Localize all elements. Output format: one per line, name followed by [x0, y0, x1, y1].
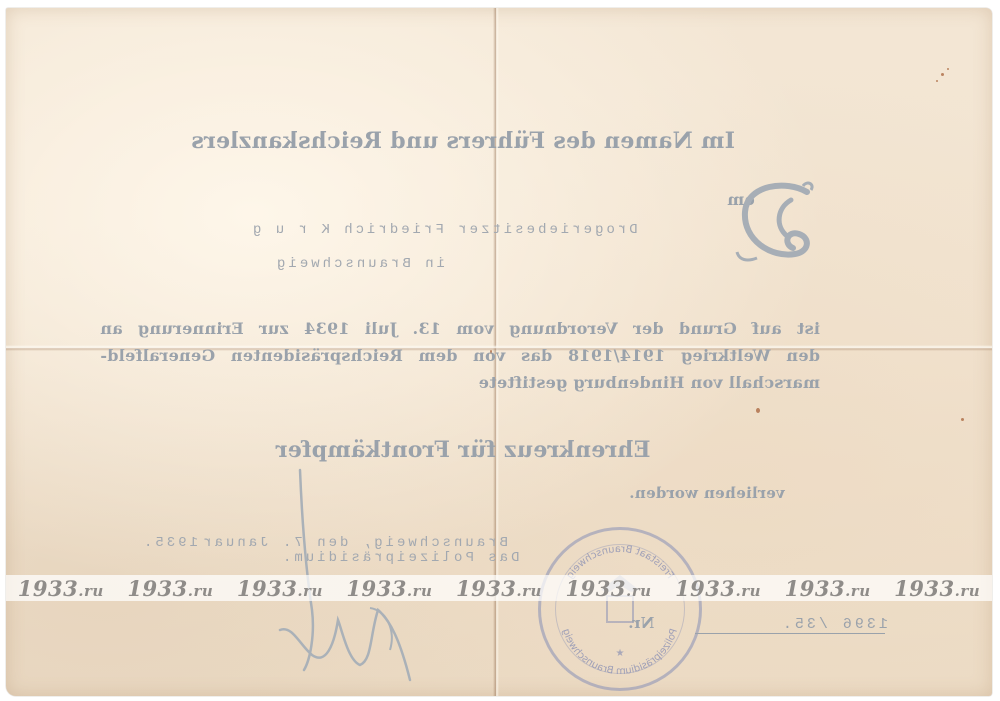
rust-spot: [947, 68, 949, 70]
rust-spot: [941, 73, 944, 76]
rust-spot: [936, 80, 938, 82]
svg-text:★: ★: [615, 648, 624, 659]
official-seal-stamp: Freistaat Braunschweig Polizeipräsidium …: [538, 527, 702, 691]
watermark-band: 1933.ru 1933.ru 1933.ru 1933.ru 1933.ru …: [6, 575, 992, 601]
watermark-text: 1933.ru: [566, 576, 652, 601]
watermark-text: 1933.ru: [675, 576, 761, 601]
rust-spot: [756, 408, 760, 413]
conferred-text: verliehen worden.: [629, 484, 785, 502]
year-text: 1935.: [141, 535, 198, 551]
watermark-text: 1933.ru: [18, 576, 104, 601]
document-number: 1396 /35. Nr.: [628, 614, 888, 633]
recipient-name: Drogeriebesitzer Friedrich K r u g: [250, 222, 638, 238]
recipient-city: in Braunschweig: [274, 256, 445, 272]
certificate-heading: Im Namen des Führers und Reichskanzlers: [163, 128, 763, 154]
body-line: den Weltkrieg 1914/1918 das von dem Reic…: [100, 342, 820, 369]
watermark-text: 1933.ru: [785, 576, 871, 601]
rust-spot: [961, 418, 964, 421]
watermark-text: 1933.ru: [127, 576, 213, 601]
ornamental-initial-d-icon: [735, 178, 817, 266]
watermark-text: 1933.ru: [894, 576, 980, 601]
stamp-eagle-emblem-icon: Freistaat Braunschweig Polizeipräsidium …: [541, 530, 699, 688]
watermark-text: 1933.ru: [456, 576, 542, 601]
certificate-body: ist auf Grund der Verordnung vom 13. Jul…: [100, 315, 820, 396]
watermark-text: 1933.ru: [346, 576, 432, 601]
body-line: ist auf Grund der Verordnung vom 13. Jul…: [100, 315, 820, 342]
number-prefix: Nr.: [628, 614, 654, 632]
watermark-text: 1933.ru: [237, 576, 323, 601]
body-line: marschall von Hindenburg gestiftete: [100, 369, 820, 396]
number-value: 1396 /35.: [780, 616, 888, 633]
number-underline: [695, 633, 885, 634]
